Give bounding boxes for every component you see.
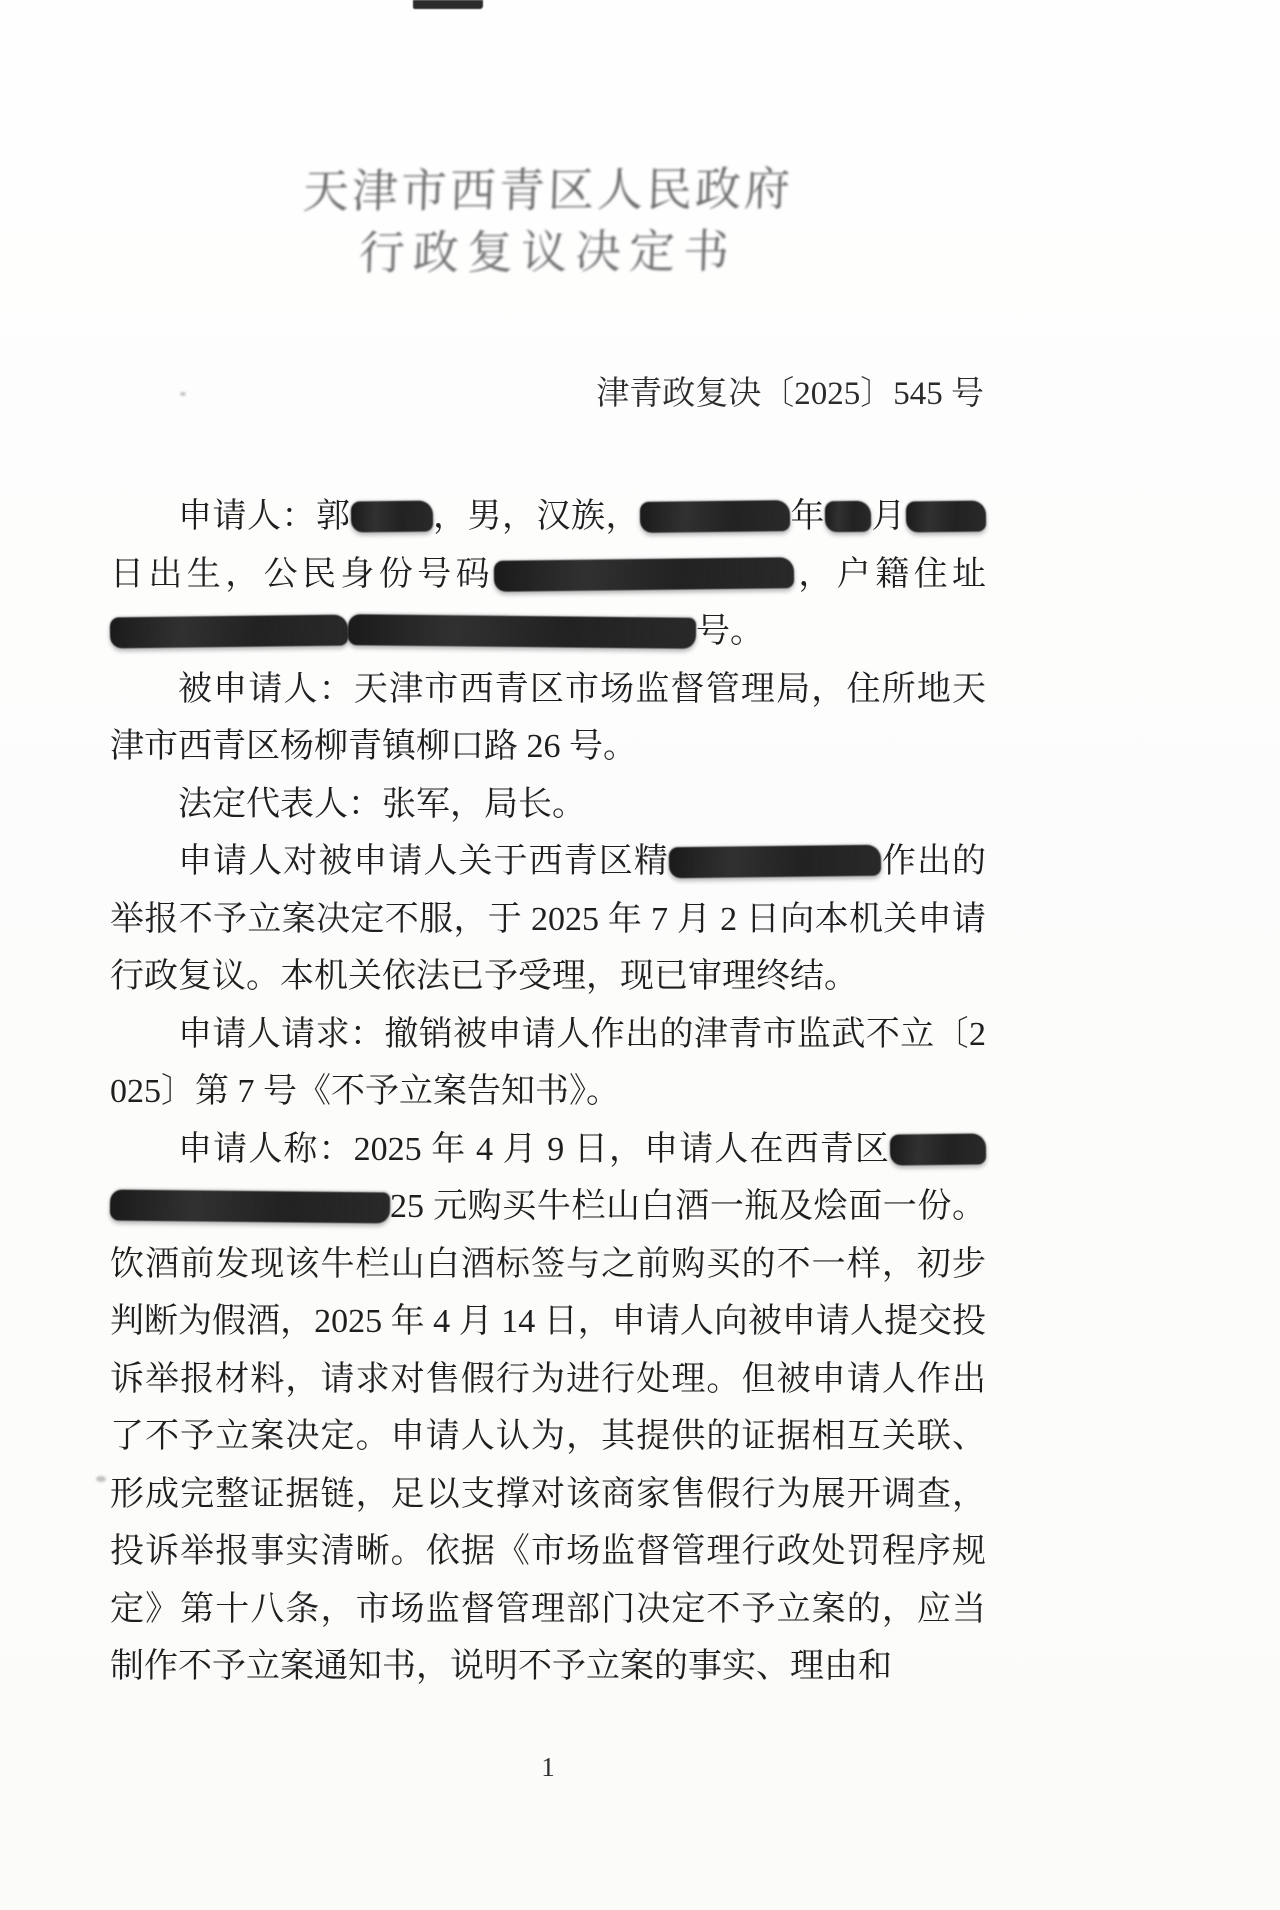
paragraph-applicant-info: 申请人：郭，男，汉族，年月日出生，公民身份号码，户籍住址号。 bbox=[110, 488, 986, 661]
text-run: 月 bbox=[871, 498, 906, 535]
redaction-mark bbox=[110, 615, 348, 649]
document-number: 津青政复决〔2025〕545 号 bbox=[110, 372, 986, 416]
text-run: 号。 bbox=[696, 613, 764, 650]
redaction-mark bbox=[494, 557, 794, 592]
paragraph-applicant-statement: 申请人称：2025 年 4 月 9 日，申请人在西青区25 元购买牛栏山白酒一瓶… bbox=[110, 1121, 986, 1696]
text-run: 申请人：郭 bbox=[178, 498, 351, 535]
text-run: 申请人对被申请人关于西青区精 bbox=[178, 843, 669, 880]
redaction-mark bbox=[669, 845, 881, 879]
document-title-line-2: 行政复议决定书 bbox=[109, 220, 987, 287]
text-run: 法定代表人：张军，局长。 bbox=[178, 786, 586, 823]
document-title-block: 天津市西青区人民政府 行政复议决定书 bbox=[110, 160, 986, 284]
scan-speck bbox=[180, 392, 186, 396]
text-run: 申请人称：2025 年 4 月 9 日，申请人在西青区 bbox=[178, 1131, 890, 1168]
paragraph-legal-representative: 法定代表人：张军，局长。 bbox=[110, 776, 986, 834]
redaction-mark bbox=[348, 614, 696, 649]
paragraph-respondent-info: 被申请人：天津市西青区市场监督管理局，住所地天津市西青区杨柳青镇柳口路 26 号… bbox=[110, 661, 986, 776]
redaction-mark bbox=[640, 500, 790, 533]
text-run: ，男，汉族， bbox=[433, 498, 641, 535]
text-run: 25 元购买牛栏山白酒一瓶及烩面一份。饮酒前发现该牛栏山白酒标签与之前购买的不一… bbox=[110, 1188, 986, 1685]
document-title-line-1: 天津市西青区人民政府 bbox=[109, 158, 987, 225]
scanned-document-page: 天津市西青区人民政府 行政复议决定书 津青政复决〔2025〕545 号 申请人：… bbox=[0, 0, 1280, 1910]
text-run: 年 bbox=[790, 498, 825, 535]
redaction-mark bbox=[825, 501, 871, 533]
paragraph-applicant-request: 申请人请求：撤销被申请人作出的津青市监武不立〔2025〕第 7 号《不予立案告知… bbox=[110, 1006, 986, 1121]
text-run: 申请人请求：撤销被申请人作出的津青市监武不立〔2025〕第 7 号《不予立案告知… bbox=[110, 1016, 986, 1111]
redaction-mark bbox=[906, 501, 986, 533]
text-run: ，户籍住址 bbox=[794, 556, 986, 593]
redaction-mark bbox=[890, 1133, 986, 1165]
text-run: 日出生，公民身份号码 bbox=[110, 556, 494, 593]
paragraph-case-background: 申请人对被申请人关于西青区精作出的举报不予立案决定不服，于 2025 年 7 月… bbox=[110, 833, 986, 1006]
redaction-mark bbox=[110, 1190, 390, 1224]
page-number: 1 bbox=[110, 1752, 986, 1783]
document-content: 天津市西青区人民政府 行政复议决定书 津青政复决〔2025〕545 号 申请人：… bbox=[110, 0, 986, 1696]
text-run: 被申请人：天津市西青区市场监督管理局，住所地天津市西青区杨柳青镇柳口路 26 号… bbox=[110, 671, 986, 766]
paragraphs: 申请人：郭，男，汉族，年月日出生，公民身份号码，户籍住址号。被申请人：天津市西青… bbox=[110, 488, 986, 1696]
scan-speck bbox=[96, 1476, 106, 1482]
redaction-mark bbox=[350, 501, 432, 533]
